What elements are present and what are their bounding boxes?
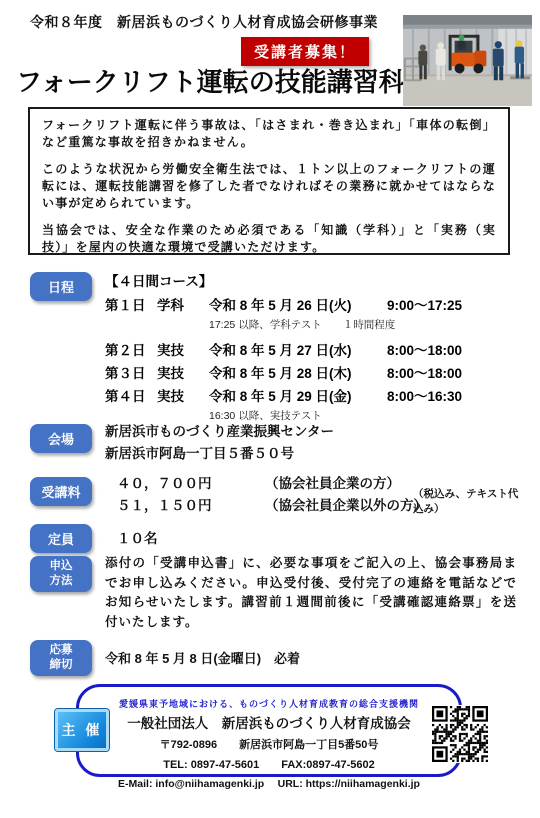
schedule-note-day1: 17:25 以降、学科テスト １時間程度 bbox=[209, 317, 395, 332]
organizer-tagline: 愛媛県東予地域における、ものづくり人材育成教育の総合支援機関 bbox=[79, 697, 459, 710]
schedule-date: 令和 8 年 5 月 27 日(水) bbox=[209, 339, 387, 359]
section-label-venue: 会場 bbox=[30, 424, 92, 453]
schedule-row: 第１日学科令和 8 年 5 月 26 日(火)9:00～17:25 bbox=[105, 294, 462, 314]
section-label-capacity: 定員 bbox=[30, 524, 92, 553]
fee-content: ４０，７００円（協会社員企業の方） ５１，１５０円（協会社員企業以外の方） （税… bbox=[105, 473, 525, 517]
deadline-value: 令和 8 年 5 月 8 日(金曜日) 必着 bbox=[105, 648, 300, 667]
intro-box: フォークリフト運転に伴う事故は、「はさまれ・巻き込まれ」「車体の転倒」など重篤な… bbox=[28, 107, 510, 255]
schedule-day: 第４日 bbox=[105, 385, 157, 405]
schedule-subject: 実技 bbox=[157, 385, 209, 405]
label-line: 応募 bbox=[30, 643, 92, 658]
program-line: 令和８年度 新居浜ものづくり人材育成協会研修事業 bbox=[30, 12, 378, 32]
label-line: 方法 bbox=[30, 574, 92, 589]
schedule-date: 令和 8 年 5 月 28 日(木) bbox=[209, 362, 387, 382]
section-label-schedule: 日程 bbox=[30, 272, 92, 301]
schedule-row: 第４日実技令和 8 年 5 月 29 日(金)8:00～16:30 bbox=[105, 385, 462, 405]
application-content: 添付の「受講申込書」に、必要な事項をご記入の上、協会事務局までお申し込みください… bbox=[105, 554, 517, 632]
venue-content: 新居浜市ものづくり産業振興センター 新居浜市阿島一丁目５番５０号 bbox=[105, 421, 334, 465]
schedule-row: 第２日実技令和 8 年 5 月 27 日(水)8:00～18:00 bbox=[105, 339, 462, 359]
schedule-time: 9:00～17:25 bbox=[387, 298, 462, 313]
schedule-time: 8:00～18:00 bbox=[387, 366, 462, 381]
training-photo bbox=[403, 15, 532, 106]
organizer-tel-fax: TEL: 0897-47-5601 FAX:0897-47-5602 bbox=[79, 756, 459, 772]
capacity-content: １０名 bbox=[105, 527, 158, 547]
page-title: フォークリフト運転の技能講習科 bbox=[16, 62, 405, 99]
label-line: 申込 bbox=[30, 559, 92, 574]
organizer-box: 主 催 愛媛県東予地域における、ものづくり人材育成教育の総合支援機関 一般社団法… bbox=[76, 684, 462, 777]
organizer-address: 〒792-0896 新居浜市阿島一丁目5番50号 bbox=[79, 736, 459, 752]
application-text: 添付の「受講申込書」に、必要な事項をご記入の上、協会事務局までお申し込みください… bbox=[105, 554, 517, 632]
fee-target: （協会社員企業以外の方） bbox=[265, 498, 427, 513]
label-line: 締切 bbox=[30, 658, 92, 673]
schedule-subject: 学科 bbox=[157, 294, 209, 314]
schedule-time: 8:00～16:30 bbox=[387, 389, 462, 404]
schedule-subject: 実技 bbox=[157, 362, 209, 382]
flyer-page: 令和８年度 新居浜ものづくり人材育成協会研修事業 受講者募集！ フォークリフト運… bbox=[0, 0, 540, 818]
schedule-date: 令和 8 年 5 月 26 日(火) bbox=[209, 294, 387, 314]
fee-tax-note: （税込み、テキスト代込み） bbox=[413, 486, 525, 516]
organizer-email-url: E-Mail: info@niihamagenki.jp URL: https:… bbox=[79, 776, 459, 791]
deadline-content: 令和 8 年 5 月 8 日(金曜日) 必着 bbox=[105, 648, 300, 667]
schedule-subject: 実技 bbox=[157, 339, 209, 359]
venue-name: 新居浜市ものづくり産業振興センター bbox=[105, 421, 334, 443]
fee-price: ４０，７００円 bbox=[105, 473, 265, 495]
intro-paragraph: このような状況から労働安全衛生法では、１トン以上のフォークリフトの運転には、運転… bbox=[42, 161, 496, 212]
organizer-button: 主 催 bbox=[55, 709, 109, 751]
intro-paragraph: フォークリフト運転に伴う事故は、「はさまれ・巻き込まれ」「車体の転倒」など重篤な… bbox=[42, 117, 496, 151]
schedule-time: 8:00～18:00 bbox=[387, 343, 462, 358]
capacity-value: １０名 bbox=[105, 527, 158, 547]
organizer-name: 一般社団法人 新居浜ものづくり人材育成協会 bbox=[79, 712, 459, 732]
forklift-workshop-illustration bbox=[403, 15, 532, 106]
schedule-day: 第１日 bbox=[105, 294, 157, 314]
intro-paragraph: 当協会では、安全な作業のため必須である「知識（学科）」と「実務（実技）」を屋内の… bbox=[42, 222, 496, 256]
section-label-application: 申込 方法 bbox=[30, 556, 92, 592]
schedule-row: 第３日実技令和 8 年 5 月 28 日(木)8:00～18:00 bbox=[105, 362, 462, 382]
fee-target: （協会社員企業の方） bbox=[265, 476, 400, 491]
schedule-day: 第２日 bbox=[105, 339, 157, 359]
venue-address: 新居浜市阿島一丁目５番５０号 bbox=[105, 443, 334, 465]
course-heading: 【４日間コース】 bbox=[105, 270, 212, 290]
section-label-fee: 受講料 bbox=[30, 477, 92, 506]
schedule-day: 第３日 bbox=[105, 362, 157, 382]
section-label-deadline: 応募 締切 bbox=[30, 640, 92, 676]
qr-code bbox=[431, 705, 489, 763]
fee-price: ５１，１５０円 bbox=[105, 495, 265, 517]
schedule-date: 令和 8 年 5 月 29 日(金) bbox=[209, 385, 387, 405]
